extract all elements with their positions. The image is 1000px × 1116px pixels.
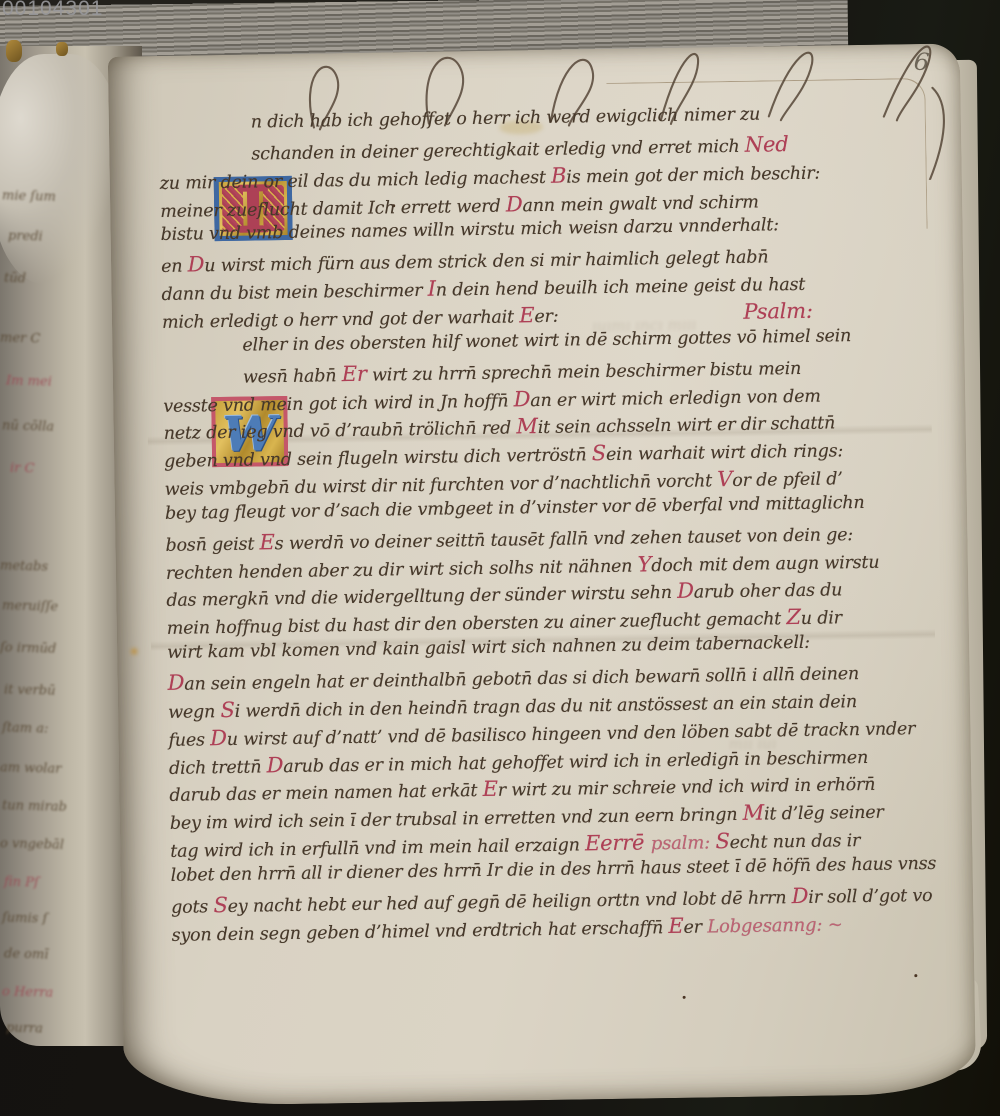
ink-text: doch mit dem augn wirstu bbox=[651, 553, 879, 577]
ink-text: wesn̄ habn̄ bbox=[243, 366, 342, 388]
rubric-text: D bbox=[677, 579, 694, 603]
rubric-text: Z bbox=[786, 605, 801, 629]
gutter-fragment: nū cōlla bbox=[2, 419, 54, 433]
manuscript-photo: 00104301 mie ſumpreditūdmer CIm meinū cō… bbox=[0, 0, 1000, 1116]
text-line: zu mir dein or eil das du mich ledig mac… bbox=[160, 162, 821, 194]
ink-text: u wirst mich fürn aus dem strick den si … bbox=[204, 247, 768, 276]
ink-text: arub das er in mich hat gehoffet wird ic… bbox=[283, 748, 868, 777]
rubric-text: Eerrē bbox=[585, 830, 651, 855]
ink-text: wegn bbox=[168, 702, 221, 723]
rubric-text: V bbox=[717, 467, 732, 491]
ink-text: das mergkn̄ vnd die widergelltung der sü… bbox=[166, 583, 677, 611]
gutter-fragment: tun mirab bbox=[2, 799, 67, 814]
text-block: ıuımı ıncı mııı mıı ıuı W n dich hab ich… bbox=[159, 104, 932, 976]
text-line: das mergkn̄ vnd die widergelltung der sü… bbox=[166, 578, 842, 610]
rubric-text: Ned bbox=[745, 132, 789, 157]
gutter-fragment: it verbū bbox=[4, 683, 56, 697]
rubric-text: B bbox=[551, 164, 567, 188]
rubric-text: E bbox=[519, 303, 535, 327]
rubric-text: D bbox=[210, 726, 227, 750]
rubric-text: D bbox=[187, 252, 204, 276]
ink-text: echt nun das ir bbox=[730, 831, 861, 853]
ink-text: dich trettn̄ bbox=[169, 757, 267, 779]
ink-text: mich erledigt o herr vnd got der warhait bbox=[162, 307, 520, 333]
text-line: gots Sey nacht hebt eur hed auf gegn̄ dē… bbox=[171, 884, 933, 917]
text-line: darub das er mein namen hat erkāt Er wir… bbox=[169, 773, 875, 806]
ink-text: s werdn̄ vo deiner seittn̄ tausēt falln̄… bbox=[275, 525, 854, 554]
rubric-text: D bbox=[506, 192, 523, 216]
text-line: schanden in deiner gerechtigkait erledig… bbox=[251, 134, 788, 164]
gutter-fragment: am wolar bbox=[0, 761, 61, 776]
text-line: bey im wird ich sein ī der trubsal in er… bbox=[170, 801, 884, 834]
gutter-fragment: meruiſſe bbox=[2, 599, 58, 613]
ink-text: is mein got der mich beschir: bbox=[566, 164, 820, 188]
text-line: lobet den hrrn̄ all ir diener des hrrn̄ … bbox=[171, 856, 937, 886]
ink-text: ein warhait wirt dich rings: bbox=[606, 441, 843, 465]
rubric-text: E bbox=[259, 530, 275, 554]
ink-text: en bbox=[161, 257, 188, 277]
text-line: wegn Si werdn̄ dich in den heindn̄ tragn… bbox=[168, 690, 857, 722]
ink-text: it d’lēg seiner bbox=[764, 803, 884, 825]
rubric-text: Lobgesanng: ~ bbox=[707, 914, 843, 937]
gutter-fragment: purra bbox=[6, 1022, 43, 1036]
ink-text: or de pfeil d’ bbox=[732, 469, 843, 491]
text-line: wirt kam vbl komen vnd kain gaisl wirt s… bbox=[167, 635, 810, 663]
ink-text: an sein engeln hat er deinthalbn̄ gebotn… bbox=[184, 664, 859, 695]
text-line: bosn̄ geist Es werdn̄ vo deiner seittn̄ … bbox=[165, 523, 853, 555]
rubric-text: D bbox=[791, 884, 808, 908]
speck bbox=[683, 996, 686, 999]
rubric-text: D bbox=[167, 671, 184, 695]
rubric-text: D bbox=[513, 387, 530, 411]
ink-text: bosn̄ geist bbox=[165, 534, 259, 555]
stain bbox=[131, 648, 137, 654]
ink-text: rechten henden aber zu dir wirt sich sol… bbox=[166, 556, 638, 583]
ink-text: elher in des obersten hilf wonet wirt in… bbox=[242, 326, 851, 356]
text-line: bey tag fleugt vor d’sach die vmbgeet in… bbox=[165, 495, 865, 523]
rubric-text: S bbox=[220, 698, 235, 722]
ink-text: bey im wird ich sein ī der trubsal in er… bbox=[170, 805, 743, 834]
page-curl-highlight bbox=[0, 54, 122, 284]
rubric-text: E bbox=[668, 914, 684, 938]
gutter-fragment: Im mei bbox=[6, 374, 52, 388]
ink-text: u dir bbox=[801, 608, 842, 629]
rubric-text: Psalm: bbox=[743, 299, 813, 324]
ink-text: wirt zu hrrn̄ sprechn̄ mein beschirmer b… bbox=[367, 359, 802, 386]
manuscript-page: 6 ıuımı ıncı mııı mıı ıuı bbox=[108, 43, 976, 1106]
gutter-fragment: predi bbox=[8, 230, 43, 244]
ink-text: ey nacht hebt eur hed auf gegn̄ dē heili… bbox=[228, 888, 792, 917]
gutter-fragment: mie ſum bbox=[2, 189, 56, 203]
rubric-text: M bbox=[742, 801, 764, 825]
gutter-fragment: fin Pſ bbox=[4, 876, 39, 890]
gutter-fragment: ſumis ſ bbox=[2, 911, 48, 925]
ink-text: netz der ieg vnd vō d’raubn̄ trölichn̄ r… bbox=[164, 418, 517, 444]
ink-text: i werdn̄ dich in den heindn̄ tragn das d… bbox=[235, 692, 858, 722]
text-line: wesn̄ habn̄ Er wirt zu hrrn̄ sprechn̄ me… bbox=[243, 357, 802, 387]
ink-text: r wirt zu mir schreie vnd ich wird in er… bbox=[498, 775, 876, 801]
ink-text: ir soll d’got vo bbox=[808, 886, 932, 908]
text-line: vesste vnd mein got ich wird in Jn hoffn… bbox=[163, 385, 821, 417]
rubric-text: E bbox=[482, 777, 498, 801]
ink-text: n dein hend beuilh ich meine geist du ha… bbox=[436, 275, 806, 301]
ink-text: meiner zueflucht damit Ich errett werd bbox=[160, 197, 506, 222]
text-line: n dich hab ich gehoffet o herr ich werd … bbox=[251, 107, 761, 132]
gutter-fragment: ir C bbox=[10, 462, 35, 476]
ink-text: dann du bist mein beschirmer bbox=[161, 281, 427, 305]
gutter-fragment: o Herra bbox=[2, 985, 53, 999]
gutter-fragment: ſtam a: bbox=[2, 721, 49, 735]
rubric-text: S bbox=[592, 441, 607, 465]
rubric-text: S bbox=[213, 893, 228, 917]
ink-text: zu mir dein or eil das du mich ledig mac… bbox=[160, 168, 552, 194]
rubric-text: Y bbox=[637, 552, 651, 576]
ink-text: vesste vnd mein got ich wird in Jn hoffn… bbox=[163, 391, 514, 417]
ink-text: tag wird ich in erfulln̄ vnd im mein hai… bbox=[170, 835, 585, 862]
text-line: en Du wirst mich fürn aus dem strick den… bbox=[161, 245, 769, 276]
ink-text: syon dein segn geben d’himel vnd erdtric… bbox=[171, 918, 668, 946]
gilt-edge-glint bbox=[56, 42, 68, 56]
ink-text: er bbox=[683, 917, 707, 937]
text-line: dann du bist mein beschirmer In dein hen… bbox=[161, 273, 805, 305]
text-line: fues Du wirst auf d’natt’ vnd dē basilis… bbox=[168, 717, 915, 750]
ink-text: schanden in deiner gerechtigkait erledig… bbox=[251, 137, 745, 165]
text-line: Dan sein engeln hat er deinthalbn̄ gebot… bbox=[167, 662, 859, 694]
text-line: dich trettn̄ Darub das er in mich hat ge… bbox=[169, 746, 868, 778]
ink-text: u wirst auf d’natt’ vnd dē basilisco hin… bbox=[227, 719, 916, 750]
ink-text: arub oher das du bbox=[694, 580, 843, 602]
library-watermark: 00104301 bbox=[2, 0, 103, 21]
rubric-text: psalm: bbox=[651, 832, 716, 854]
ink-text: fues bbox=[168, 730, 210, 751]
text-line: syon dein segn geben d’himel vnd erdtric… bbox=[171, 913, 842, 945]
gutter-fragment: mer C bbox=[0, 331, 40, 345]
rubric-text: Er bbox=[342, 362, 367, 386]
ink-text: ann mein gwalt vnd schirm bbox=[522, 193, 759, 217]
ink-text: geben vnd vnd sein flugeln wirstu dich v… bbox=[164, 445, 592, 472]
gilt-edge-glint bbox=[6, 40, 22, 62]
ink-text: gots bbox=[171, 897, 214, 918]
ink-text: er: bbox=[534, 307, 558, 327]
ink-text: darub das er mein namen hat erkāt bbox=[169, 781, 483, 806]
ink-text: an er wirt mich erledign von dem bbox=[530, 387, 821, 412]
gutter-fragment: ſo irmūd bbox=[0, 641, 56, 655]
text-line: elher in des obersten hilf wonet wirt in… bbox=[242, 328, 851, 355]
rubric-text: D bbox=[266, 753, 283, 777]
gutter-fragment: tūd bbox=[4, 272, 26, 286]
ink-text: it sein achsseln wirt er dir schattn̄ bbox=[538, 413, 836, 438]
gutter-fragment: o vngebāl bbox=[0, 837, 64, 852]
speck bbox=[914, 974, 917, 977]
gutter-fragment: metabs bbox=[0, 559, 48, 573]
rubric-text: S bbox=[715, 829, 730, 853]
rubric-text: M bbox=[516, 414, 538, 438]
gutter-fragment: de omī bbox=[4, 947, 49, 961]
